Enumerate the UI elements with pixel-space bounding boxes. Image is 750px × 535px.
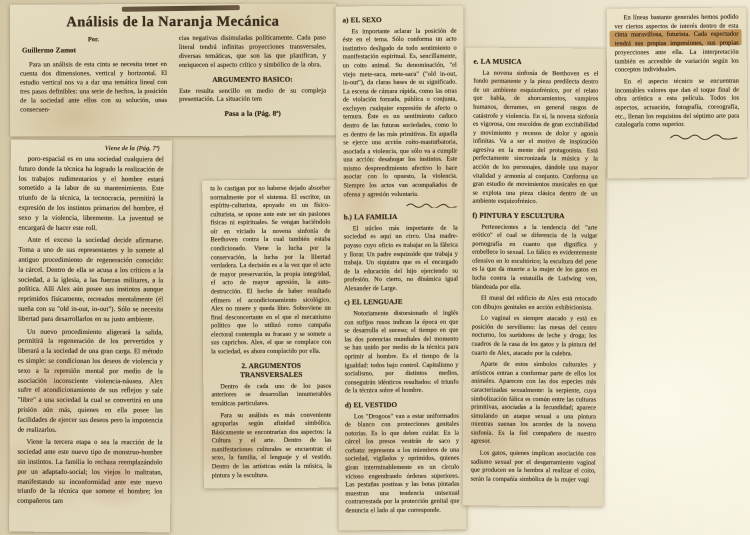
section-heading-sex: a) EL SEXO <box>342 16 456 26</box>
section-heading-language: c) EL LENGUAJE <box>344 298 458 308</box>
signature-scribble <box>669 133 739 140</box>
col3-paragraph: Notoriamente distorsionado el inglés con… <box>344 310 459 396</box>
intro-column-left: Por. Guillermo Zamot Para un análisis de… <box>20 35 167 123</box>
col4-paragraph: La novena sinfonía de Beethoven es el fo… <box>472 69 598 207</box>
col3-paragraph: Es importante aclarar la posición de ést… <box>343 27 458 199</box>
section-heading-music: e. LA MUSICA <box>473 58 598 69</box>
section-heading-painting-sculpture: f) PINTURA Y ESCULTURA <box>472 211 597 222</box>
col1-paragraph: Ante el exceso la sociedad decide afirma… <box>18 236 163 325</box>
crop-smudge <box>122 5 240 12</box>
intro-paragraph-right: cias negativas disimuladas políticamente… <box>179 34 326 70</box>
clipping-column-3: a) EL SEXO Es importante aclarar la posi… <box>335 6 466 531</box>
transversal-arguments-heading: 2. ARGUMENTOS TRANSVERSALES <box>211 361 331 381</box>
author-name: Guillermo Zamot <box>22 46 167 56</box>
col1-paragraph: poro-espacial es en una sociedad cualqui… <box>18 155 163 234</box>
clipping-column-4: e. LA MUSICA La novena sinfonía de Beeth… <box>462 48 606 507</box>
col2-paragraph: Dentro de cada uno de los pasos anterior… <box>211 383 331 409</box>
col5-paragraph: En el aspecto técnico se encuentran inco… <box>615 77 739 130</box>
section-heading-clothing: d) EL VESTIDO <box>345 401 459 411</box>
section-heading-family: b.) LA FAMILIA <box>344 213 458 223</box>
col4-paragraph: Pertenecientes a la tendencia del "arte … <box>472 223 597 292</box>
col4-paragraph: El mural del edificio de Alex está retoc… <box>472 295 597 313</box>
col1-paragraph: Viene la tercera etapa o sea la reacción… <box>17 438 162 507</box>
col3-paragraph: Los "Drogoos" van a estar uniformados de… <box>345 412 460 516</box>
scanned-article-page: Análisis de la Naranja Mecánica Por. Gui… <box>0 0 750 535</box>
col5-paragraph: En líneas bastante generales hemos podid… <box>614 14 738 76</box>
byline-label: Por. <box>20 36 167 45</box>
basic-argument-text: Este resulta sencillo en medio de su com… <box>179 87 326 105</box>
col3-paragraph: El núcleo más importante de la sociedad … <box>344 224 458 293</box>
clipping-column-2: ta lo castigan por no haberse dejado abs… <box>202 180 340 489</box>
col1-paragraph: Un nuevo procedimiento aligerará la sali… <box>18 327 163 435</box>
article-title: Análisis de la Naranja Mecánica <box>20 13 326 31</box>
clipping-column-1: Viene de la (Pág. 7ª) poro-espacial es e… <box>9 140 172 533</box>
clipping-title-block: Análisis de la Naranja Mecánica Por. Gui… <box>10 3 336 136</box>
col4-paragraph: Lo vaginal es siempre atacado y está en … <box>471 315 596 359</box>
col4-paragraph: Los gatos, quienes implican asociación c… <box>471 450 596 485</box>
col2-paragraph: ta lo castigan por no haberse dejado abs… <box>210 185 331 357</box>
col4-paragraph: Aparte de estos símbolos culturales y ar… <box>471 361 597 448</box>
col2-paragraph: Para su análisis es más conveniente agru… <box>211 411 331 480</box>
intro-column-right: cias negativas disimuladas políticamente… <box>179 34 326 122</box>
intro-paragraph-left: Para un análisis de esta cinta se necesi… <box>20 61 167 115</box>
signature-scribble <box>406 202 458 208</box>
continuation-note: Viene de la (Pág. 7ª) <box>19 145 160 153</box>
clipping-column-5: En líneas bastante generales hemos podid… <box>606 8 747 179</box>
basic-argument-heading: ARGUMENTO BASICO: <box>179 75 326 85</box>
jump-note: Pasa a la (Pág. 8ª) <box>179 110 326 120</box>
